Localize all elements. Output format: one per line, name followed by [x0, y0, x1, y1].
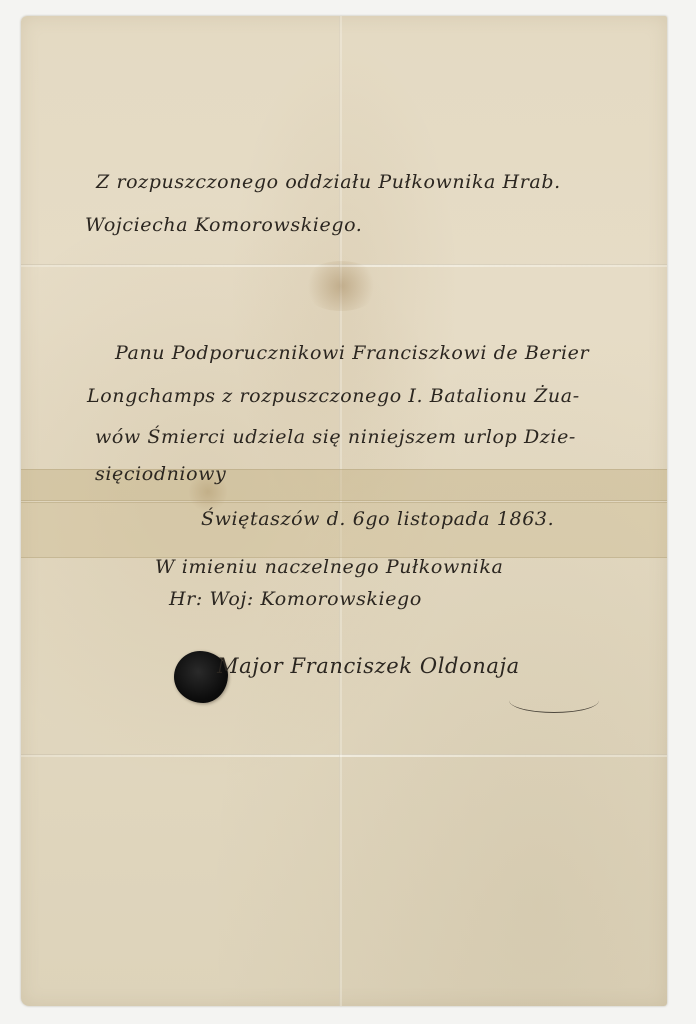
- body-line-4: sięciodniowy: [95, 463, 226, 485]
- place-and-date: Świętaszów d. 6go listopada 1863.: [201, 508, 554, 530]
- signature-flourish: [509, 688, 599, 713]
- water-stain: [301, 261, 381, 311]
- signature: Major Franciszek Oldonaja: [217, 654, 520, 678]
- scan-background: Z rozpuszczonego oddziału Pułkownika Hra…: [0, 0, 696, 1024]
- horizontal-fold-crease: [21, 754, 667, 757]
- body-line-2: Longchamps z rozpuszczonego I. Batalionu…: [87, 385, 580, 407]
- body-line-1: Panu Podporucznikowi Franciszkowi de Ber…: [115, 342, 589, 364]
- on-behalf-line-1: W imieniu naczelnego Pułkownika: [155, 556, 503, 578]
- on-behalf-line-2: Hr: Woj: Komorowskiego: [169, 588, 422, 610]
- document-sheet: Z rozpuszczonego oddziału Pułkownika Hra…: [21, 16, 667, 1006]
- header-line-2: Wojciecha Komorowskiego.: [85, 214, 362, 236]
- header-line-1: Z rozpuszczonego oddziału Pułkownika Hra…: [96, 171, 561, 193]
- body-line-3: wów Śmierci udziela się niniejszem urlop…: [95, 426, 576, 448]
